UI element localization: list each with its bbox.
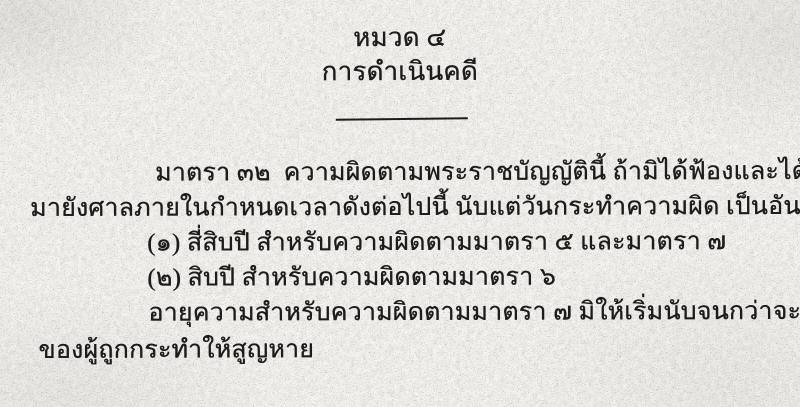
section-32-line-1: มาตรา ๓๒ ความผิดตามพระราชบัญญัตินี้ ถ้าม… bbox=[155, 156, 800, 188]
section-32-item-2: (๒) สิบปี สำหรับความผิดตามมาตรา ๖ bbox=[147, 263, 556, 294]
section-divider-rule bbox=[336, 117, 468, 120]
scanned-document-page: หมวด ๔ การดำเนินคดี มาตรา ๓๒ ความผิดตามพ… bbox=[0, 0, 800, 407]
chapter-title-heading: การดำเนินคดี bbox=[0, 55, 800, 88]
section-32-line-2: มายังศาลภายในกำหนดเวลาดังต่อไปนี้ นับแต่… bbox=[30, 192, 800, 224]
section-32-line-5: อายุความสำหรับความผิดตามมาตรา ๗ มิให้เริ… bbox=[148, 296, 800, 328]
section-32-item-1: (๑) สี่สิบปี สำหรับความผิดตามมาตรา ๕ และ… bbox=[147, 227, 726, 259]
section-32-line-6: ของผู้ถูกกระทำให้สูญหาย bbox=[38, 335, 314, 366]
document-content: หมวด ๔ การดำเนินคดี มาตรา ๓๒ ความผิดตามพ… bbox=[0, 0, 800, 407]
chapter-number-heading: หมวด ๔ bbox=[0, 21, 800, 54]
